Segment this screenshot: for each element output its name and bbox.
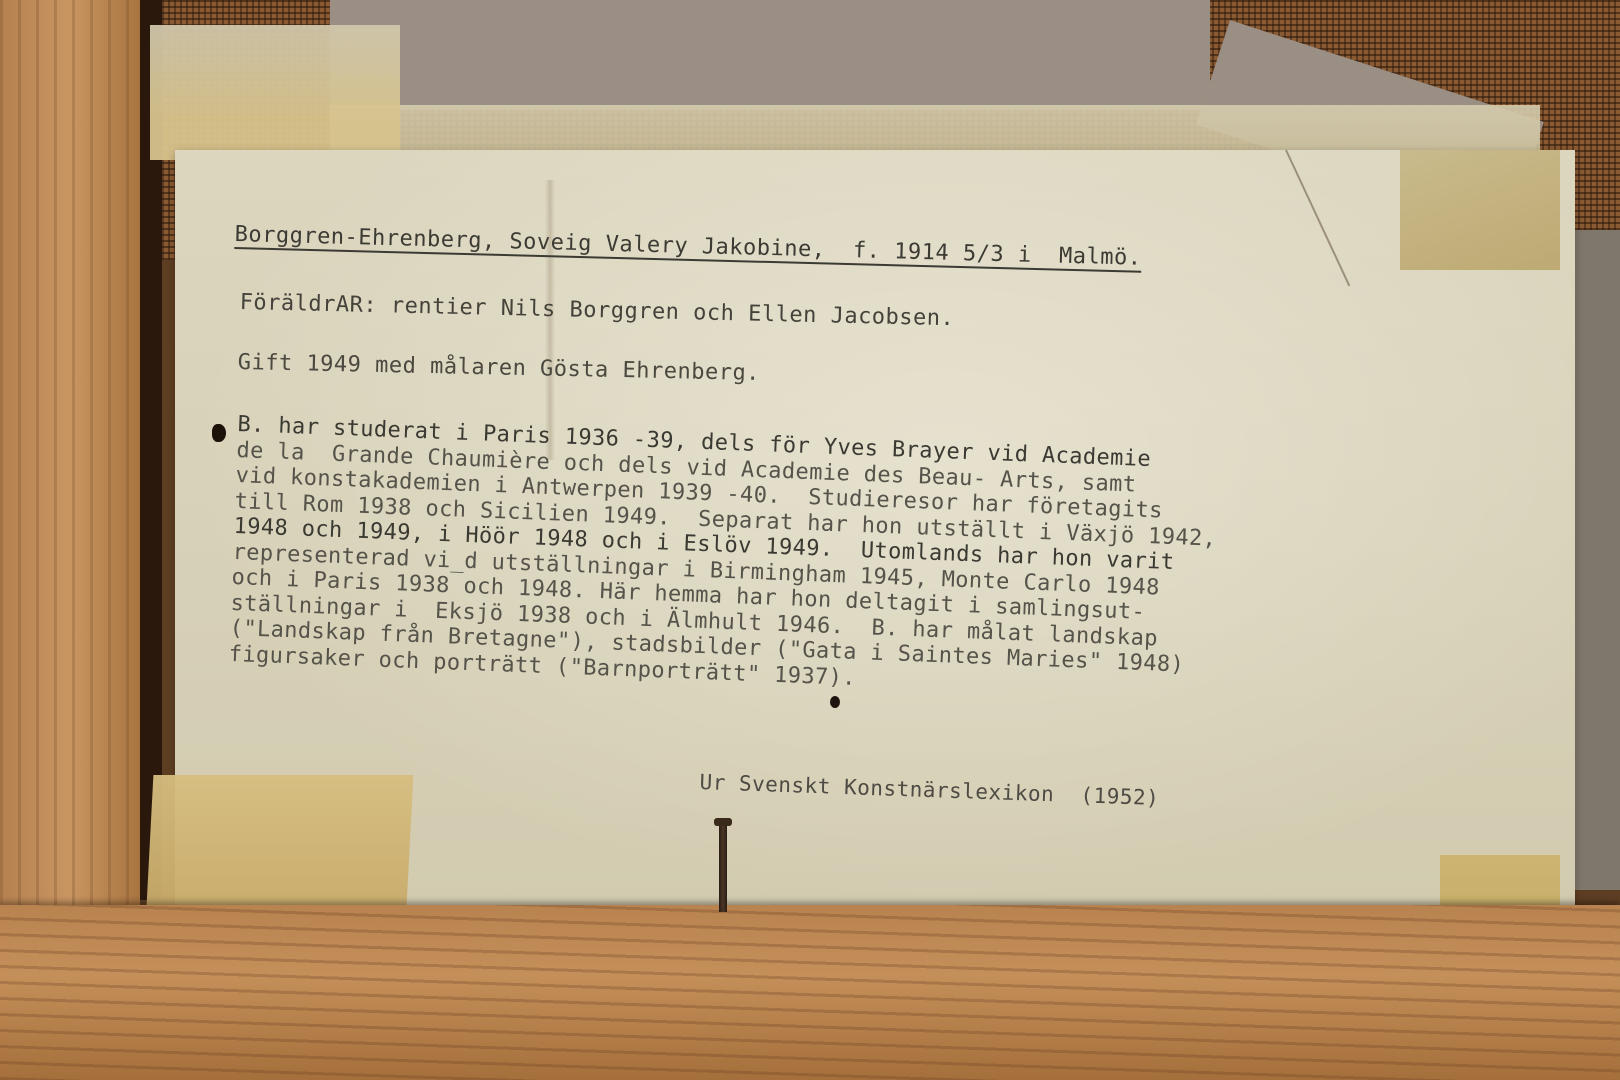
felt-backing-right-side [1575, 230, 1620, 890]
frame-stretcher-bottom [0, 905, 1620, 1080]
felt-backing-top [330, 0, 1210, 110]
masking-tape-top-left [150, 25, 400, 160]
ink-speck [830, 696, 840, 708]
nail-head [714, 818, 732, 826]
paper-puncture-hole [212, 424, 226, 442]
nail-icon [719, 822, 727, 912]
photo-scene: Borggren-Ehrenberg, Soveig Valery Jakobi… [0, 0, 1620, 1080]
masking-tape-top-right [1400, 150, 1560, 270]
masking-tape-bottom-left [147, 775, 414, 905]
biography-paragraph: B. har studerat i Paris 1936 -39, dels f… [228, 412, 1220, 705]
